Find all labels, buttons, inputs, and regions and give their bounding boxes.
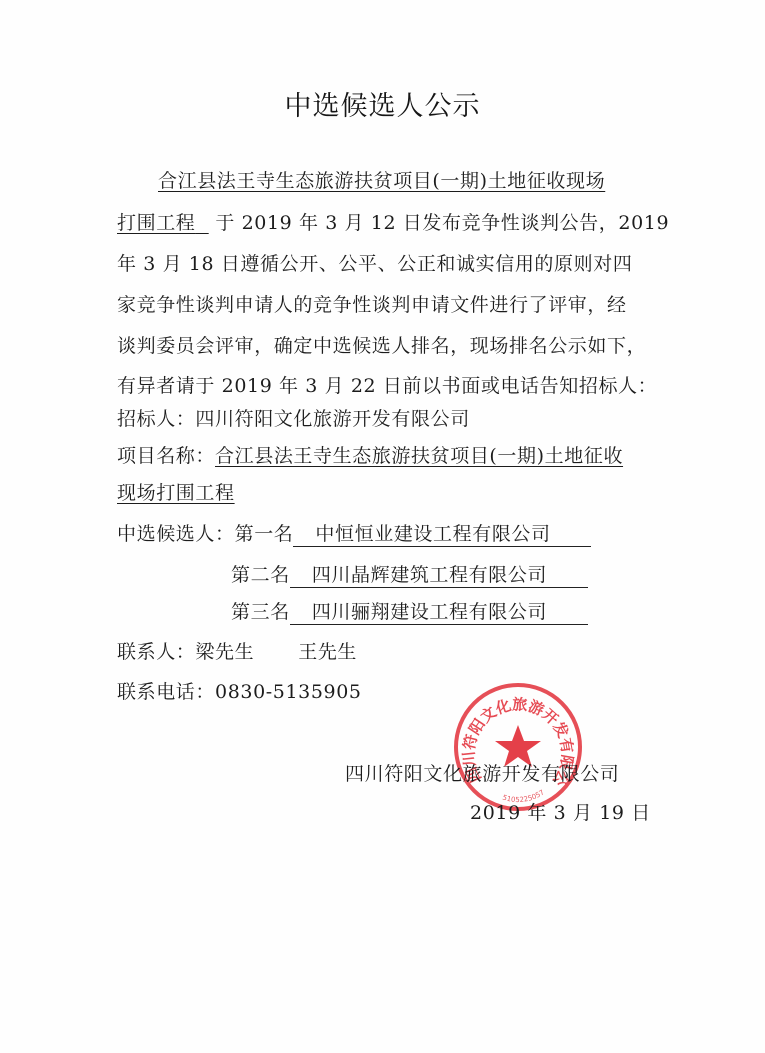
candidate-rank: 第三名 [231, 601, 290, 623]
project-row: 项目名称：合江县法王寺生态旅游扶贫项目(一期)土地征收 [117, 441, 623, 468]
paragraph-line-3: 年 3 月 18 日遵循公开、公平、公正和诚实信用的原则对四 [117, 249, 632, 276]
contact-row: 联系人：梁先生王先生 [117, 637, 357, 664]
candidate-rank: 第二名 [231, 564, 290, 586]
project-name-underlined-cont: 打围工程 [117, 212, 195, 234]
contact-label: 联系人： [117, 641, 195, 663]
document-page: 中选候选人公示 合江县法王寺生态旅游扶贫项目(一期)土地征收现场 打围工程 于 … [0, 0, 765, 1053]
phone-label: 联系电话： [117, 681, 215, 703]
tenderer-value: 四川符阳文化旅游开发有限公司 [195, 408, 469, 430]
document-title: 中选候选人公示 [0, 84, 765, 123]
official-seal: 四川符阳文化旅游开发有限公司 5105225057 [454, 683, 582, 811]
candidate-name: 中恒恒业建设工程有限公司 [293, 522, 591, 547]
phone-value: 0830-5135905 [215, 681, 362, 703]
paragraph-line-1: 合江县法王寺生态旅游扶贫项目(一期)土地征收现场 [158, 166, 605, 193]
project-value: 合江县法王寺生态旅游扶贫项目(一期)土地征收 [215, 445, 623, 467]
signature-company: 四川符阳文化旅游开发有限公司 [345, 759, 619, 786]
paragraph-line-6: 有异者请于 2019 年 3 月 22 日前以书面或电话告知招标人： [117, 371, 657, 398]
candidate-name: 四川骊翔建设工程有限公司 [290, 600, 588, 625]
tenderer-row: 招标人：四川符阳文化旅游开发有限公司 [117, 404, 470, 431]
candidate-name: 四川晶辉建筑工程有限公司 [290, 563, 588, 588]
tenderer-label: 招标人： [117, 408, 195, 430]
candidate-row-3: 第三名四川骊翔建设工程有限公司 [231, 597, 588, 625]
paragraph-line-5: 谈判委员会评审，确定中选候选人排名，现场排名公示如下， [117, 331, 646, 358]
seal-icon: 四川符阳文化旅游开发有限公司 5105225057 [454, 683, 582, 811]
paragraph-line-4: 家竞争性谈判申请人的竞争性谈判申请文件进行了评审，经 [117, 290, 627, 317]
project-value-cont: 现场打围工程 [117, 482, 235, 504]
phone-row: 联系电话：0830-5135905 [117, 677, 362, 704]
paragraph-line-2: 打围工程 于 2019 年 3 月 12 日发布竞争性谈判公告，2019 [117, 208, 669, 235]
project-name-underlined: 合江县法王寺生态旅游扶贫项目(一期)土地征收现场 [158, 170, 605, 192]
candidate-row-2: 第二名四川晶辉建筑工程有限公司 [231, 560, 588, 588]
contact-person-1: 梁先生 [195, 641, 254, 663]
project-row-cont: 现场打围工程 [117, 478, 235, 505]
candidates-label: 中选候选人： [117, 523, 235, 545]
signature-date: 2019 年 3 月 19 日 [470, 798, 651, 825]
contact-person-2: 王先生 [298, 641, 357, 663]
project-label: 项目名称： [117, 445, 215, 467]
candidate-row-1: 中选候选人：第一名中恒恒业建设工程有限公司 [117, 519, 591, 547]
paragraph-text: 于 2019 年 3 月 12 日发布竞争性谈判公告，2019 [215, 212, 669, 234]
candidate-rank: 第一名 [235, 523, 294, 545]
